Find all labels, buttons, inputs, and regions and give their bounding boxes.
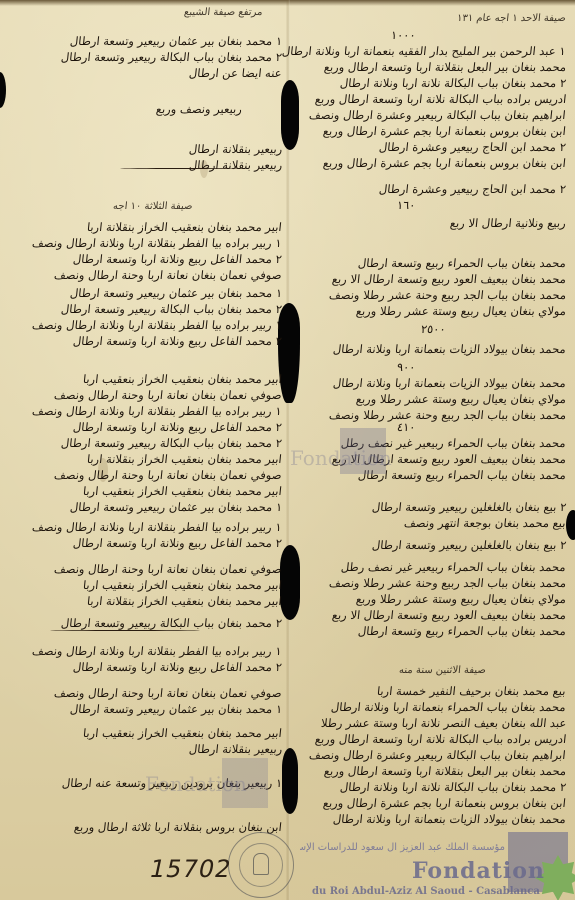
ledger-line: ابير محمد بنغان بنعقيب الخراز بنقلانة ار… xyxy=(86,220,282,234)
right-heading: صيفة الاحد ١ اجه عام ١٣١ xyxy=(456,12,566,26)
edge-tear-left xyxy=(0,72,6,108)
ledger-line: ١ ربير براده بيا الفطر بنقلانة اربا ونلا… xyxy=(32,318,283,332)
seal-arch-icon xyxy=(253,853,269,875)
ledger-line: محمد بنغان بيولاد الزيات بنعمانة اربا ون… xyxy=(332,376,566,390)
edge-tear-right xyxy=(566,510,575,540)
ledger-line: ١ ربير براده بيا الفطر بنقلانة اربا ونلا… xyxy=(32,520,283,534)
ledger-line: ١ محمد بنغان بير عثمان ربيعير وتسعة ارطا… xyxy=(69,34,283,48)
ledger-line: محمد بنغان بباب الحمراء بنعمانة اربا ونل… xyxy=(331,700,567,714)
ledger-line: ٢ محمد بنغان بباب البكالة ربيعير وتسعة ا… xyxy=(60,302,282,316)
ledger-line: ابن بنغان بروس بنقلانة اربا ثلاثة ارطال … xyxy=(73,820,282,834)
amount: ١٠٠٠ xyxy=(391,28,417,42)
ledger-line: ربيعير بنقلانة ارطال xyxy=(188,142,283,156)
ledger-line: محمد بنغان بير البعل بنقلانة اربا وتسعة … xyxy=(323,764,567,778)
ledger-line: ٢ بيع بنغان بالغلغلين ربيعير وتسعة ارطال xyxy=(371,500,567,514)
left-section-heading: صيفة الثلاثة ١٠ اجه xyxy=(112,200,193,214)
ledger-line: بيع محمد بنغان برحيف النفير خمسة اربا xyxy=(377,684,567,698)
amount: ٤١٠ xyxy=(397,420,417,434)
ledger-line: ٢ محمد بنغان بباب البكالة نلانة اربا ونل… xyxy=(339,780,567,794)
ledger-line: ربيعير ونصف وربع xyxy=(155,102,242,116)
ledger-line: صوفي نعمان بنغان نعانة اربا وحنة ارطال و… xyxy=(54,562,283,576)
foundation-arabic-name: مؤسسة الملك عبد العزيز آل سعود للدراسات … xyxy=(300,842,505,853)
ledger-line: محمد بنغان بيولاد الزيات بنعمانة اربا ون… xyxy=(332,342,566,356)
ledger-line: ابراهيم بنغان بباب البكالة ربيعير وعشرة … xyxy=(309,748,567,762)
archive-seal xyxy=(228,832,294,898)
ledger-line: ٢ محمد ابن الحاج ربيعير وعشرة ارطال xyxy=(378,140,566,154)
ledger-line: ١ ربير براده بيا الفطر بنقلانة اربا ونلا… xyxy=(32,404,283,418)
ledger-line: ابن بنغان بروس بنعمانة اربا بجم عشرة ارط… xyxy=(322,796,566,810)
ledger-line: ٢ محمد بنغان بباب البكالة ربيعير وتسعة ا… xyxy=(60,50,282,64)
ledger-line: ٢ محمد ابن الحاج ربيعير وعشرة ارطال xyxy=(378,182,566,196)
ledger-line: ربيعير بنقلانة ارطال xyxy=(188,742,283,756)
ledger-line: صوفي نعمان بنغان نعانة اربا وحنة ارطال و… xyxy=(54,388,283,402)
ledger-line: ١ ربير براده بيا الفطر بنقلانة اربا ونلا… xyxy=(32,236,283,250)
ledger-line: محمد بنغان بيولاد الزيات بنعمانة اربا ون… xyxy=(332,812,566,826)
ledger-line: ربيعير بنقلانة ارطال xyxy=(188,158,283,172)
ledger-line: بيع محمد بنغان بوجعة انتهر ونصف xyxy=(404,516,567,530)
ledger-line: ابن بنغان بروس بنعمانة اربا بجم عشرة ارط… xyxy=(322,124,566,138)
ledger-line: ١ ربير براده بيا الفطر بنقلانة اربا ونلا… xyxy=(32,644,283,658)
ledger-line: ١ عبد الرحمن بير المليح بدار الفقيه بنعم… xyxy=(282,44,567,58)
ledger-line: ابير محمد بنغان بنعقيب الخراز بنقلانة ار… xyxy=(86,452,282,466)
ledger-line: ٢ محمد الفاعل ربيع ونلانة اربا وتسعة ارط… xyxy=(72,660,282,674)
ledger-line: محمد بنغان بباب الحمراء ربيع وتسعة ارطال xyxy=(357,624,566,638)
ledger-line: ابير محمد بنغان بنعقيب الخراز بنعقيب ارب… xyxy=(82,372,282,386)
ledger-line: محمد بنغان بباب الحمراء ربيع وتسعة ارطال xyxy=(357,468,566,482)
ledger-line: ٢ بيع بنغان بالغلغلين ربيعير وتسعة ارطال xyxy=(371,538,567,552)
manuscript-page: مرتفع صيفة الشيبع ١ محمد بنغان بير عثمان… xyxy=(0,0,575,900)
ledger-line: ٢ محمد الفاعل ربيع ونلانة اربا وتسعة ارط… xyxy=(72,334,282,348)
ledger-line: محمد بنغان بباب الحمراء ربيعير غير نصف ر… xyxy=(341,560,567,574)
ledger-line: صوفي نعمان بنغان نعانة اربا وحنة ارطال و… xyxy=(54,686,283,700)
ledger-line: محمد بنغان بباب الجد ربيع وحنة عشر رطلا … xyxy=(328,576,567,590)
ledger-line: مولاي بنغان يعيال ربيع وستة عشر رطلا ورب… xyxy=(355,392,567,406)
ledger-line: ابير محمد بنغان بنعقيب الخراز بنقلانة ار… xyxy=(86,594,282,608)
ledger-line: ٢ محمد الفاعل ربيع ونلانة اربا وتسعة ارط… xyxy=(72,536,282,550)
ledger-line: عنه ايضا عن ارطال xyxy=(189,66,283,80)
ledger-line: مولاي بنغان يعيال ربيع وستة عشر رطلا ورب… xyxy=(355,592,567,606)
ledger-line: ١ محمد بنغان بير عثمان ربيعير وتسعة ارطا… xyxy=(69,500,283,514)
ledger-line: ٢ محمد الفاعل ربيع ونلانة اربا وتسعة ارط… xyxy=(72,420,282,434)
ledger-line: ٢ محمد بنغان بباب البكالة ربيعير وتسعة ا… xyxy=(60,616,282,630)
ledger-line: صوفي نعمان بنغان نعانة اربا وحنة ارطال و… xyxy=(54,468,283,482)
catalog-number: 15702 xyxy=(147,855,234,883)
ledger-line: ادريس براده بباب البكالة نلانة اربا وتسع… xyxy=(314,92,567,106)
ledger-line: ١ محمد بنغان بير عثمان ربيعير وتسعة ارطا… xyxy=(69,286,283,300)
ledger-line: ربيع ونلانية ارطال الا ربع xyxy=(449,216,566,230)
ledger-line: ٢ محمد بنغان بباب البكالة ربيعير وتسعة ا… xyxy=(60,436,282,450)
right-section-heading: صيفة الاثنين سنة منه xyxy=(398,664,486,678)
ledger-line: ابير محمد بنغان بنعقيب الخراز بنعقيب ارب… xyxy=(82,726,282,740)
ledger-line: محمد بنغان بباب الجد ربيع وحنة عشر رطلا … xyxy=(328,408,567,422)
ledger-line: صوفي نعمان بنغان نعانة اربا وحنة ارطال و… xyxy=(54,268,283,282)
ledger-line: محمد بنغان بباب الجد ربيع وحنة عشر رطلا … xyxy=(328,288,567,302)
left-heading: مرتفع صيفة الشيبع xyxy=(183,6,263,20)
ledger-line: ابير محمد بنغان بنعقيب الخراز بنعقيب ارب… xyxy=(82,578,282,592)
watermark-title-left: Fondation xyxy=(145,772,247,796)
ledger-line: محمد بنغان ببعيف العود ربيع وتسعة ارطال … xyxy=(331,608,567,622)
ledger-line: محمد بنغان بباب الحمراء ربيع وتسعة ارطال xyxy=(357,256,566,270)
ledger-line: ابن بنغان بروس بنعمانة اربا بجم عشرة ارط… xyxy=(322,156,566,170)
ledger-line: ٢ محمد الفاعل ربيع ونلانة اربا وتسعة ارط… xyxy=(72,252,282,266)
ledger-line: محمد بنغان بير البعل بنقلانة اربا وتسعة … xyxy=(323,60,567,74)
foundation-title: Fondation xyxy=(412,858,545,884)
ledger-line: ادريس براده بباب البكالة نلانة اربا وتسع… xyxy=(314,732,567,746)
ledger-flourish xyxy=(50,630,200,631)
ledger-line: عبد الله بنغان بعيف النصر نلانة اربا وست… xyxy=(320,716,567,730)
amount: ٩٠٠ xyxy=(397,360,417,374)
ledger-line: محمد بنغان ببعيف العود ربيع وتسعة ارطال … xyxy=(331,272,567,286)
ledger-flourish xyxy=(120,168,240,169)
ledger-line: ابير محمد بنغان بنعقيب الخراز بنعقيب ارب… xyxy=(82,484,282,498)
ledger-line: ٢ محمد بنغان بباب البكالة نلانة اربا ونل… xyxy=(339,76,567,90)
amount: ١٦٠ xyxy=(397,198,417,212)
watermark-title-center: Fondation xyxy=(290,446,392,470)
ledger-line: ابراهيم بنغان بباب البكالة ربيعير وعشرة … xyxy=(309,108,567,122)
amount: ٢٥٠٠ xyxy=(421,322,447,336)
foundation-subtitle: du Roi Abdul-Aziz Al Saoud - Casablanca xyxy=(312,886,540,897)
ledger-line: ١ محمد بنغان بير عثمان ربيعير وتسعة ارطا… xyxy=(69,702,283,716)
ledger-line: مولاي بنغان يعيال ربيع وستة عشر رطلا ورب… xyxy=(355,304,567,318)
